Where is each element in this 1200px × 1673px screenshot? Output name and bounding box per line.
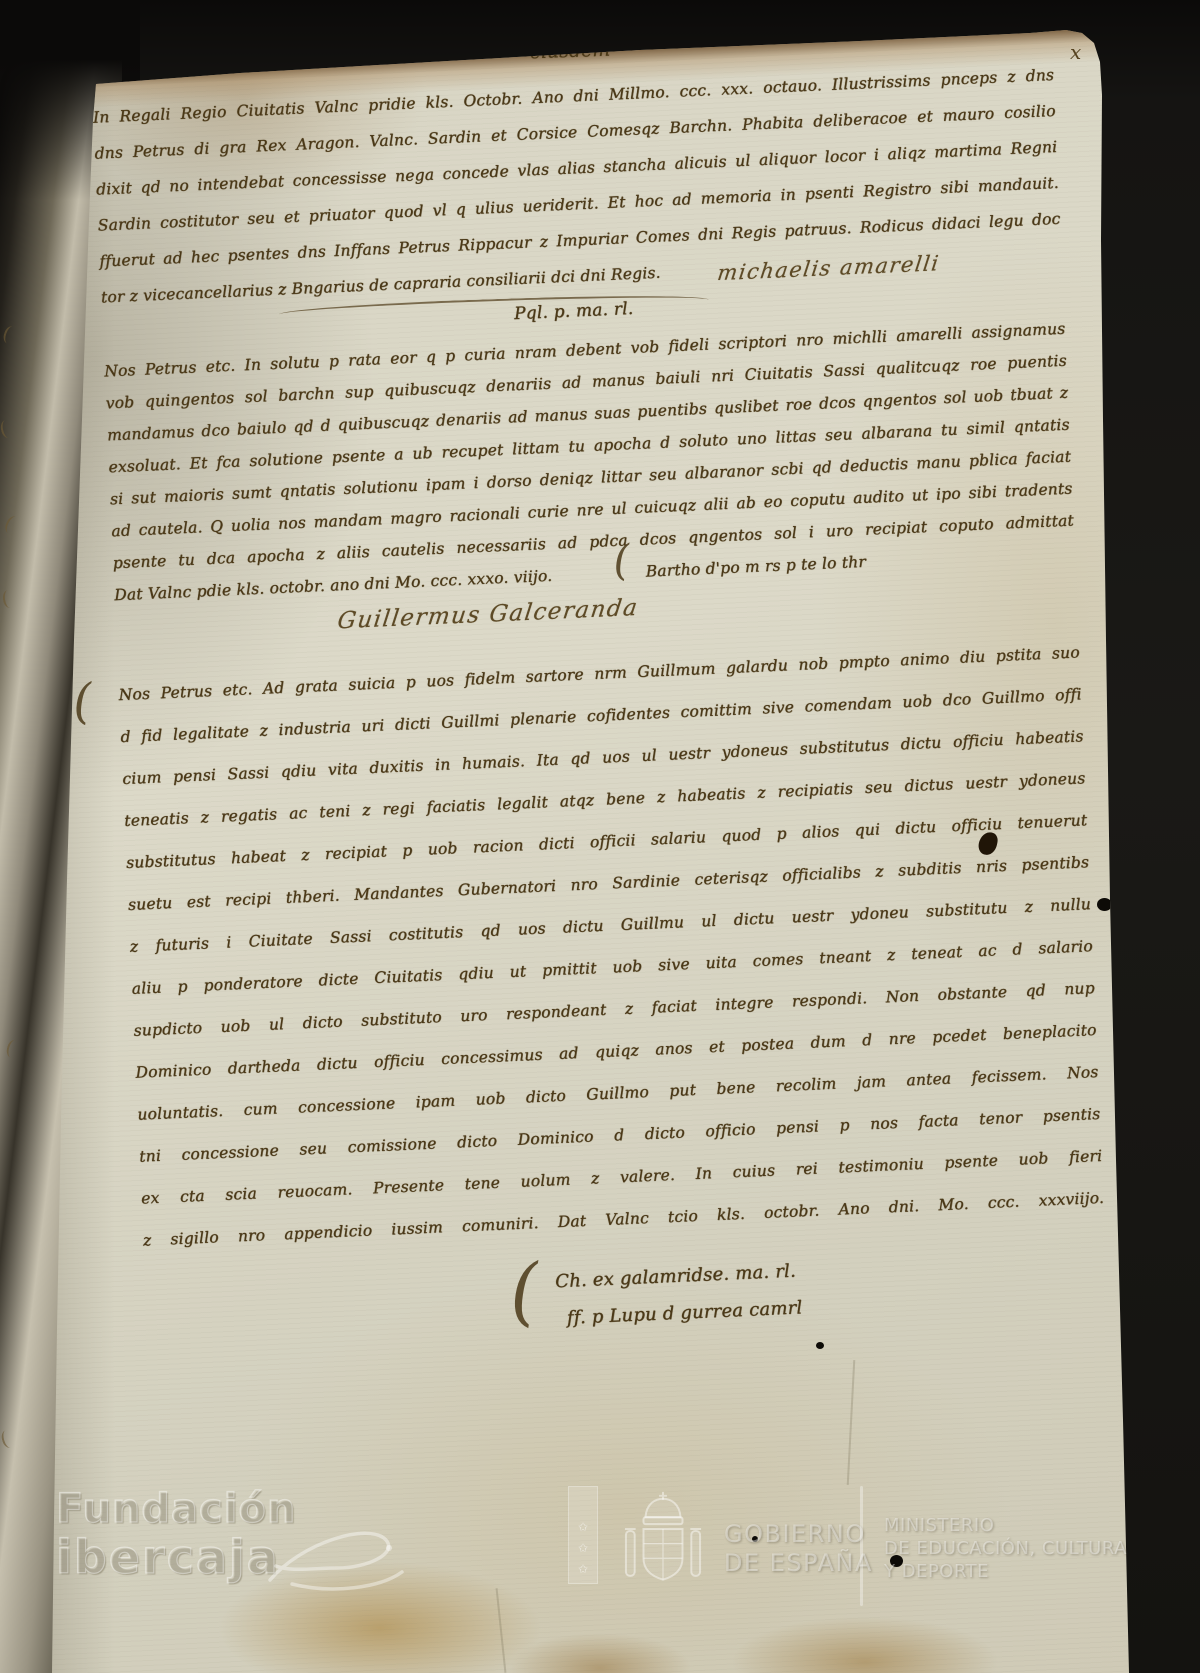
flag-band-icon: ✩ ✩ ✩ — [568, 1486, 598, 1584]
signature-guillermus: Guillermus Galceranda — [336, 595, 640, 635]
gobierno-watermark: GOBIERNO DE ESPAÑA — [724, 1520, 873, 1578]
gobierno-watermark-line1: GOBIERNO — [724, 1520, 873, 1549]
wormhole — [816, 1342, 824, 1349]
manuscript-page: eiusdem x ( In Regali Regio Ciuitatis Va… — [0, 0, 1200, 1673]
star-icon: ✩ — [578, 1542, 588, 1554]
gutter-pen-mark — [5, 1039, 21, 1059]
manuscript-scan: eiusdem x ( In Regali Regio Ciuitatis Va… — [0, 0, 1200, 1673]
closing-note: Ch. ex galamridse. ma. rl. — [555, 1247, 1107, 1293]
gutter-pen-mark — [0, 419, 15, 439]
star-icon: ✩ — [578, 1563, 588, 1575]
page-header-note: eiusdem — [460, 36, 681, 66]
ibercaja-watermark: Fundación ibercaja — [56, 1486, 296, 1582]
paragraph-bracket-icon: ( — [72, 677, 93, 726]
treasurer-sign-off: Bartho d'po m rs p te lo thr — [645, 543, 1075, 580]
ministerio-watermark-line3: Y DEPORTE — [884, 1560, 1127, 1583]
spain-coat-of-arms-icon — [613, 1488, 713, 1610]
ministerio-watermark-line2: DE EDUCACIÓN, CULTURA — [884, 1537, 1127, 1560]
ministerio-watermark-line1: MINISTERIO — [884, 1514, 1127, 1537]
ibercaja-watermark-line2: ibercaja — [56, 1532, 296, 1582]
gobierno-watermark-line2: DE ESPAÑA — [724, 1549, 873, 1578]
gutter-pen-mark — [3, 514, 21, 535]
wormhole — [1097, 898, 1112, 911]
closing-note: ff. p Lupu d gurrea camrl — [566, 1284, 1108, 1329]
gutter-pen-mark — [2, 589, 16, 608]
watermark-divider — [860, 1486, 863, 1606]
gutter-pen-mark — [0, 1429, 16, 1450]
closing-bracket-icon: ( — [508, 1254, 540, 1329]
ibercaja-watermark-line1: Fundación — [56, 1486, 296, 1532]
margin-note-scribe-name: michaelis amarelli — [716, 251, 941, 285]
registration-note: Pql. p. ma. rl. — [514, 280, 1064, 324]
paragraph-bracket-icon: ( — [612, 539, 630, 582]
ministerio-watermark: MINISTERIO DE EDUCACIÓN, CULTURA Y DEPOR… — [884, 1514, 1127, 1583]
ibercaja-swash-icon — [262, 1518, 412, 1608]
gutter-pen-mark — [2, 325, 19, 346]
star-icon: ✩ — [578, 1521, 588, 1533]
